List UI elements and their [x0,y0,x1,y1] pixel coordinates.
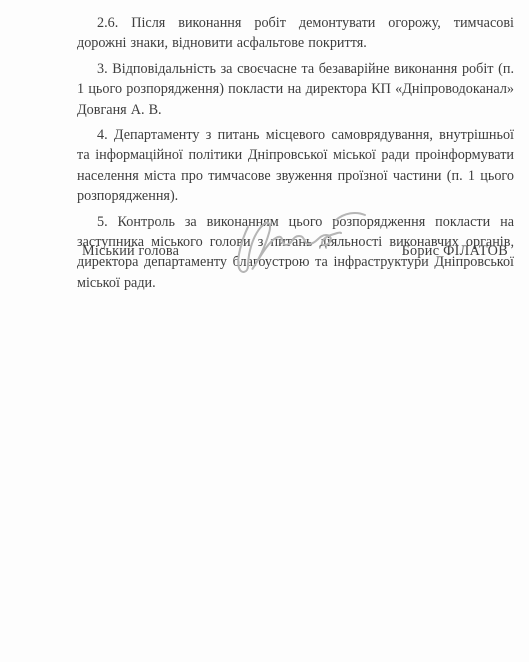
paragraph-4: 4. Департаменту з питань місцевого самов… [77,125,514,207]
document-page: 2.6. Після виконання робіт демонтувати о… [0,0,529,662]
signer-name: Борис ФІЛАТОВ [402,243,508,260]
signature-flourish-stroke [336,213,365,220]
paragraph-3: 3. Відповідальність за своєчасне та беза… [77,59,514,120]
signature-block: Міський голова Борис ФІЛАТОВ [82,243,508,260]
signer-title: Міський голова [82,243,179,260]
paragraph-2-6: 2.6. Після виконання робіт демонтувати о… [77,13,514,54]
